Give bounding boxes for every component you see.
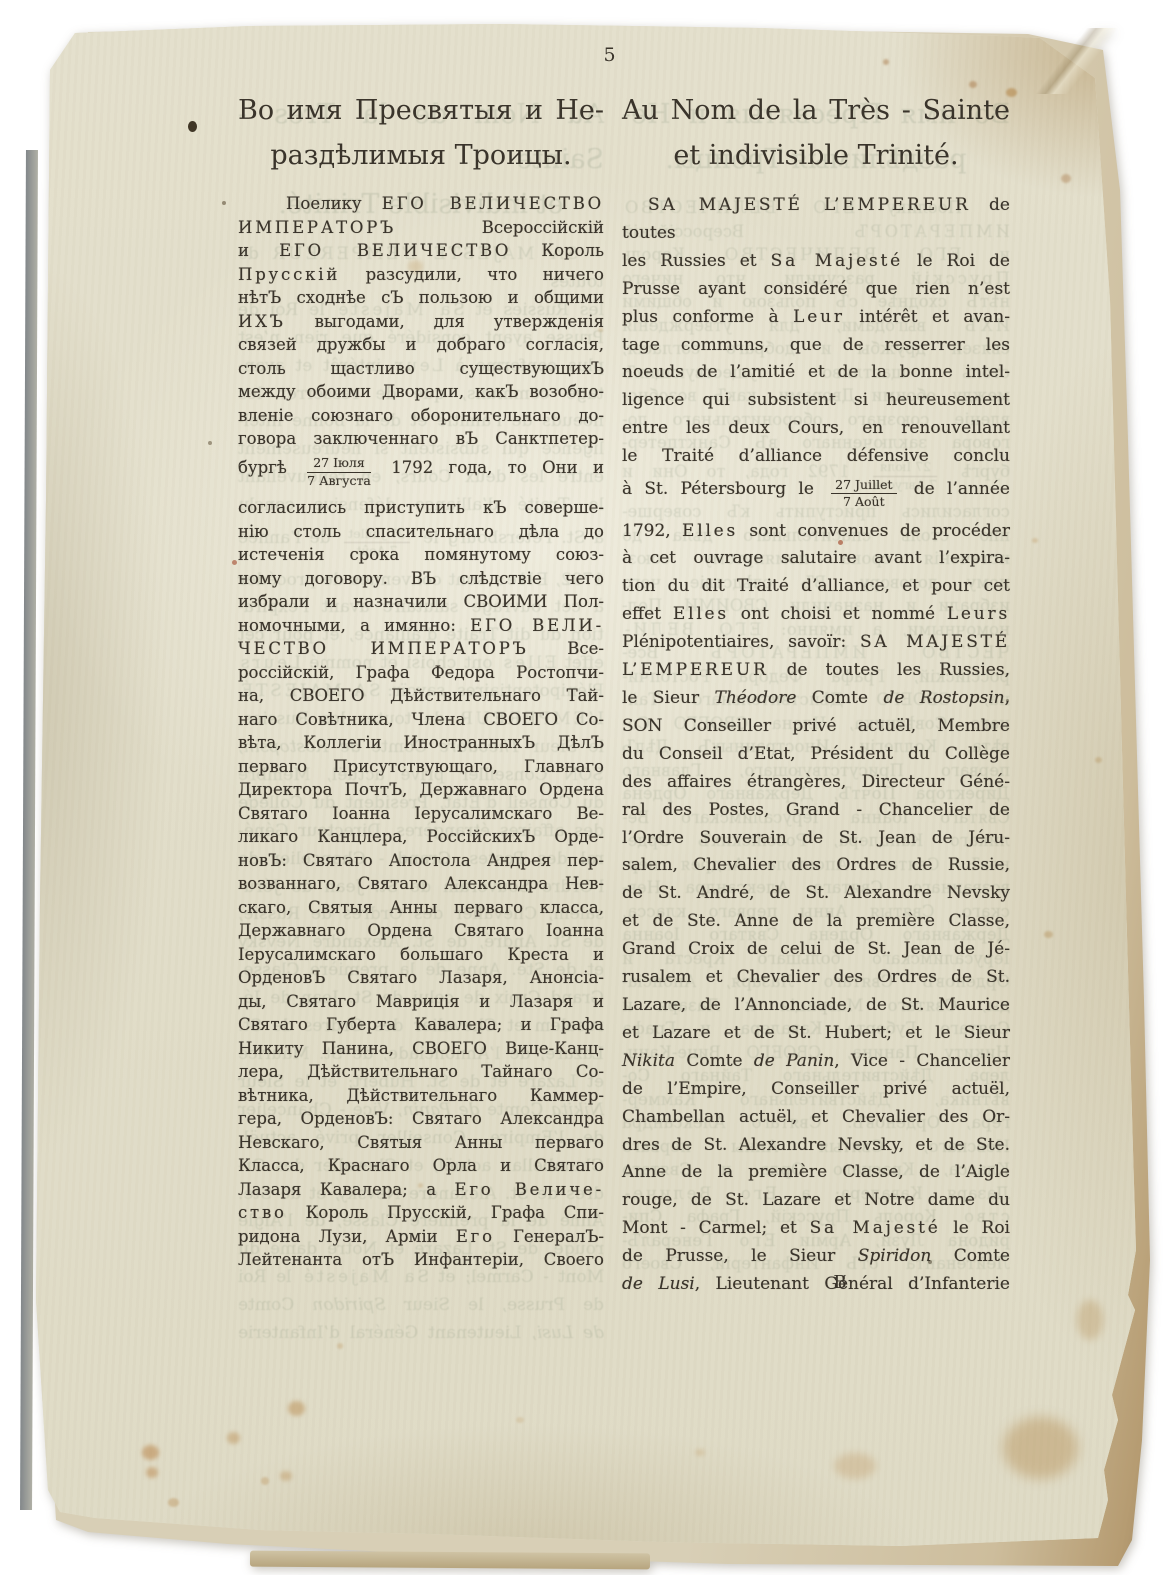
text-line: наго Совѣтника, Члена СВОЕГО Со-	[238, 708, 604, 732]
spaced-caps: Elles	[673, 604, 729, 624]
italic-name: de Lusi	[622, 1274, 695, 1294]
text-line: et Lazare et de St. Hubert; et le Sieur	[622, 1020, 1010, 1048]
text-line: effet Elles ont choisi et nommé Leurs	[622, 601, 1010, 629]
text-line: rouge, de St. Lazare et Notre dame du	[622, 1187, 1010, 1215]
text-line: L’EMPEREUR de toutes les Russies,	[622, 657, 1010, 685]
text-line: бургѣ 27 Іюля7 Августа 1792 года, то Они…	[238, 451, 604, 497]
text-line: à cet ouvrage salutaire avant l’expira-	[622, 545, 1010, 573]
text-line: ному договору. ВЪ слѣдствіе чего	[238, 567, 604, 591]
text-line: Святаго Губерта Кавалера; и Графа	[238, 1013, 604, 1037]
text-line: des affaires étrangères, Directeur Géné-	[622, 769, 1010, 797]
text-line: ликаго Канцлера, РоссійскихЪ Орде-	[238, 825, 604, 849]
text-line: Никиту Панина, СВОЕГО Вице-Канц-	[238, 1037, 604, 1061]
text-line: SA MAJESTÉ L’EMPEREUR de toutes	[622, 192, 1010, 248]
text-line: ОрденовЪ Святаго Лазаря, Анонсіа-	[238, 966, 604, 990]
text-line: Поелику ЕГО ВЕЛИЧЕСТВО	[238, 192, 604, 216]
text-line: de Lusi, Lieutenant Général d’Infanterie	[622, 1271, 1010, 1299]
text-line: лера, Дѣйствительнаго Тайнаго Со-	[238, 1060, 604, 1084]
text-line: согласились приступить кЪ соверше-	[238, 496, 604, 520]
text-line: вленіе союзнаго оборонительнаго до-	[238, 404, 604, 428]
spaced-caps: Его	[456, 1227, 495, 1246]
text-line: entre les deux Cours, en renouvellant	[622, 415, 1010, 443]
text-line: возваннаго, Святаго Александра Нев-	[238, 872, 604, 896]
italic-name: Théodore	[715, 688, 797, 708]
text-line: de Lusi, Lieutenant Général d’Infanterie	[238, 1320, 604, 1348]
text-line: нѣтЪ сходнѣе сЪ пользою и общими	[238, 286, 604, 310]
title-line: раздѣлимыя Троицы.	[238, 133, 604, 178]
text-line: tion du dit Traité d’alliance, et pour c…	[622, 573, 1010, 601]
text-line: Lazare, de l’Annonciade, de St. Maurice	[622, 992, 1010, 1020]
italic-name: de Rostopsin	[883, 688, 1004, 708]
text-line: et de Ste. Anne de la première Classe,	[622, 908, 1010, 936]
text-line: перваго Присутствующаго, Главнаго	[238, 755, 604, 779]
spaced-caps: ЧЕСТВО ИМПЕРАТОРЪ	[238, 639, 529, 658]
text-line: Лазаря Кавалера; а Его Величе-	[238, 1178, 604, 1202]
text-line: Класса, Краснаго Орла и Святаго	[238, 1154, 604, 1178]
text-line: les Russies et Sa Majesté le Roi de	[622, 248, 1010, 276]
french-text: SA MAJESTÉ L’EMPEREUR de toutesles Russi…	[622, 192, 1010, 1299]
russian-title: Во имя Пресвятыя и Не-раздѣлимыя Троицы.	[238, 88, 604, 178]
text-line: говора заключеннаго вЪ Санктпетер-	[238, 427, 604, 451]
text-line: и ЕГО ВЕЛИЧЕСТВО Король	[238, 239, 604, 263]
spaced-caps: ство	[238, 1203, 287, 1222]
text-line: à St. Pétersbourg le 27 Juillet7 Août de…	[622, 471, 1010, 518]
text-line: Невскаго, Святыя Анны перваго	[238, 1131, 604, 1155]
text-line: Прусскій разсудили, что ничего	[238, 263, 604, 287]
italic-name: Spiridon	[312, 1295, 386, 1315]
fraction-top: 27 Juillet	[831, 479, 896, 495]
text-line: du Conseil d’Etat, Président du Collège	[622, 741, 1010, 769]
text-line: de Prusse, le Sieur Spiridon Comte	[622, 1243, 1010, 1271]
text-line: скаго, Святыя Анны перваго класса,	[238, 896, 604, 920]
text-line: l’Ordre Souverain de St. Jean de Jéru-	[622, 825, 1010, 853]
italic-name: Nikita	[622, 1051, 675, 1071]
text-line: Anne de la première Classe, de l’Aigle	[622, 1159, 1010, 1187]
spaced-caps: SA MAJESTÉ L’EMPEREUR	[648, 195, 971, 215]
fraction-bottom: 7 Августа	[307, 473, 371, 488]
text-line: новЪ: Святаго Апостола Андрея пер-	[238, 849, 604, 873]
text-line: нію столь спасительнаго дѣла до	[238, 520, 604, 544]
text-line: номочными, а имянно: ЕГО ВЕЛИ-	[238, 614, 604, 638]
text-line: noeuds de l’amitié et de la bonne intel-	[622, 359, 1010, 387]
italic-name: de Lusi	[537, 1323, 604, 1343]
spaced-caps: L’EMPEREUR	[622, 660, 769, 680]
text-line: ды, Святаго Мавриція и Лазаря и	[238, 990, 604, 1014]
spaced-caps: ИМПЕРАТОРЪ	[238, 218, 396, 237]
text-line: Mont - Carmel; et Sa Majesté le Roi	[622, 1215, 1010, 1243]
text-line: ИМПЕРАТОРЪ Всероссійскій	[238, 216, 604, 240]
text-line: le Sieur Théodore Comte de Rostopsin,	[622, 685, 1010, 713]
spaced-caps: SA MAJESTÉ	[860, 632, 1010, 652]
text-line: на, СВОЕГО Дѣйствительнаго Тай-	[238, 684, 604, 708]
text-line: Grand Croix de celui de St. Jean de Jé-	[622, 936, 1010, 964]
spaced-caps: ЕГО ВЕЛИЧЕСТВО	[279, 241, 511, 260]
text-line: россійскій, Графа Федора Ростопчи-	[238, 661, 604, 685]
text-line: tage communs, que de resserrer les	[622, 332, 1010, 360]
text-line: le Traité d’alliance défensive conclu	[622, 443, 1010, 471]
text-line: salem, Chevalier des Ordres de Russie,	[622, 852, 1010, 880]
text-line: Святаго Іоанна Іерусалимскаго Ве-	[238, 802, 604, 826]
text-line: plus conforme à Leur intérêt et avan-	[622, 304, 1010, 332]
text-line: Лейтенанта отЪ Инфантеріи, Своего	[238, 1248, 604, 1272]
text-line: между обоими Дворами, какЪ возобно-	[238, 380, 604, 404]
text-line: de l’Empire, Conseiller privé actuël,	[622, 1076, 1010, 1104]
text-line: истеченія срока помянутому союз-	[238, 543, 604, 567]
spaced-caps: Sa Majesté	[810, 1218, 941, 1238]
text-line: вѣтника, Дѣйствительнаго Каммер-	[238, 1084, 604, 1108]
text-line: ral des Postes, Grand - Chancelier de	[622, 797, 1010, 825]
text-line: ligence qui subsistent si heureusement	[622, 387, 1010, 415]
russian-column: Au Nom de la Très - Sainteet indivisible…	[238, 88, 604, 1272]
text-line: Директора ПочтЪ, Державнаго Ордена	[238, 778, 604, 802]
text-line: ЧЕСТВО ИМПЕРАТОРЪ Все-	[238, 637, 604, 661]
text-line: de Prusse, le Sieur Spiridon Comte	[238, 1292, 604, 1320]
spaced-caps: Sa Majesté	[771, 251, 903, 271]
spaced-caps: Его Величе-	[455, 1180, 604, 1199]
text-line: Chambellan actuël, et Chevalier des Or-	[622, 1104, 1010, 1132]
title-line: Во имя Пресвятыя и Не-	[238, 88, 604, 133]
date-fraction: 27 Іюля7 Августа	[307, 457, 371, 487]
text-line: 1792, Elles sont convenues de procéder	[622, 518, 1010, 546]
title-line: Au Nom de la Très - Sainte	[622, 88, 1010, 133]
scanned-document-photo: 5 Au Nom de la Très - Sainteet indivisib…	[0, 0, 1173, 1575]
spaced-caps: ЕГО ВЕЛИЧЕСТВО	[382, 194, 604, 213]
spaced-caps: Leur	[793, 307, 845, 327]
text-line: гера, ОрденовЪ: Святаго Александра	[238, 1107, 604, 1131]
text-line: ридона Лузи, Арміи Его ГенералЪ-	[238, 1225, 604, 1249]
italic-name: de Panin	[754, 1051, 834, 1071]
text-line: de St. André, de St. Alexandre Nevsky	[622, 880, 1010, 908]
text-line: SON Conseiller privé actuël, Membre	[622, 713, 1010, 741]
russian-text: Поелику ЕГО ВЕЛИЧЕСТВОИМПЕРАТОРЪ Всеросс…	[238, 192, 604, 1272]
spaced-caps: Elles	[682, 521, 738, 541]
date-fraction: 27 Juillet7 Août	[831, 479, 896, 509]
fraction-bottom: 7 Août	[831, 494, 896, 509]
spaced-caps: ИХЪ	[238, 312, 286, 331]
text-line: Державнаго Ордена Святаго Іоанна	[238, 919, 604, 943]
text-line: Plénipotentiaires, savoïr: SA MAJESTÉ	[622, 629, 1010, 657]
text-line: Nikita Comte de Panin, Vice - Chancelier	[622, 1048, 1010, 1076]
text-line: связей дружбы и добраго согласія,	[238, 333, 604, 357]
text-line: Іерусалимскаго большаго Креста и	[238, 943, 604, 967]
page-content: 5 Au Nom de la Très - Sainteet indivisib…	[0, 0, 1173, 1575]
text-line: ИХЪ выгодами, для утвержденія	[238, 310, 604, 334]
italic-name: Spiridon	[858, 1246, 932, 1266]
text-line: Prusse ayant considéré que rien n’est	[622, 276, 1010, 304]
french-column: Во имя Пресвятыя и Не-раздѣлимыя Троицы.…	[622, 88, 1010, 1299]
text-line: ство Король Прусскій, Графа Спи-	[238, 1201, 604, 1225]
page-number: 5	[560, 44, 660, 66]
text-line: избрали и назначили СВОИМИ Пол-	[238, 590, 604, 614]
spaced-caps: Leurs	[947, 604, 1010, 624]
fraction-top: 27 Іюля	[307, 457, 371, 473]
text-line: столь щастливо существующихЪ	[238, 357, 604, 381]
text-line: dres de St. Alexandre Nevsky, et de Ste.	[622, 1132, 1010, 1160]
title-line: et indivisible Trinité.	[622, 133, 1010, 178]
text-line: rusalem et Chevalier des Ordres de St.	[622, 964, 1010, 992]
spaced-caps: ЕГО ВЕЛИ-	[470, 616, 604, 635]
french-title: Au Nom de la Très - Sainteet indivisible…	[622, 88, 1010, 178]
text-line: вѣта, Коллегіи ИностранныхЪ ДѣлЪ	[238, 731, 604, 755]
spaced-caps: Прусскій	[238, 265, 340, 284]
